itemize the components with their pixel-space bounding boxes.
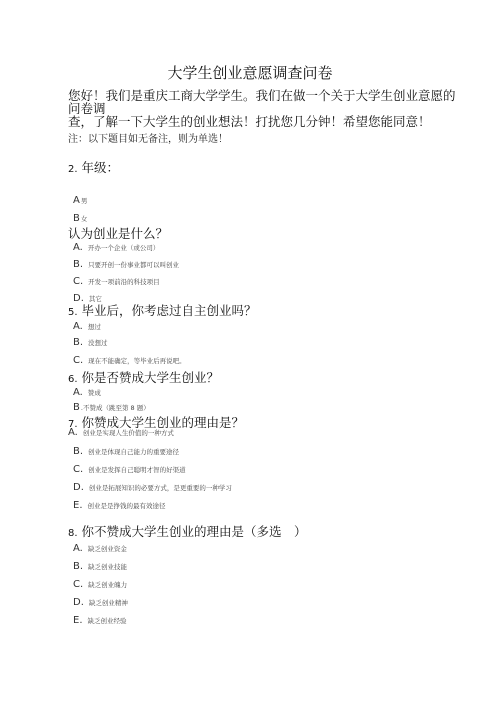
option-a[interactable]: A.缺乏创业资金: [73, 543, 127, 554]
option-a[interactable]: A.创业是实现人生价值的一种方式: [68, 427, 174, 438]
option-b[interactable]: B.只要开创一份事业都可以叫创业: [73, 259, 179, 270]
option-letter: A.: [73, 387, 83, 398]
option-letter: C.: [73, 579, 83, 590]
option-text: 创业是体现自己能力的重要途径: [88, 448, 179, 456]
option-letter: B.: [73, 561, 83, 572]
question-5: 5.毕业后，你考虑过自主创业吗？: [68, 301, 257, 319]
option-male[interactable]: A男: [73, 195, 87, 206]
option-c[interactable]: C.缺乏创业魄力: [73, 579, 127, 590]
option-female[interactable]: B女: [73, 213, 87, 224]
option-b[interactable]: B.缺乏创业技能: [73, 561, 127, 572]
option-letter: A.: [73, 543, 83, 554]
option-letter: D.: [73, 597, 84, 608]
option-letter: A.: [68, 427, 78, 438]
question-8: 8.你不赞成大学生创业的理由是（多选 ）: [68, 522, 307, 540]
note-text: 注：以下题目如无备注，则为单选！: [68, 130, 228, 145]
option-d[interactable]: D.缺乏创业精神: [73, 597, 128, 608]
intro-line-1: 您好！我们是重庆工商大学学生。我们在做一个关于大学生创业意愿的: [68, 89, 456, 103]
option-text: 想过: [88, 323, 101, 331]
option-letter: D.: [73, 482, 84, 493]
option-text: .不赞成（跳至第 8 题）: [81, 404, 150, 412]
option-letter: A.: [73, 242, 83, 253]
option-text: 开办一个企业（或公司）: [88, 244, 160, 252]
question-6: 6.你是否赞成大学生创业？: [68, 368, 219, 386]
option-text: 缺乏创业经验: [88, 617, 127, 625]
option-letter: C.: [73, 355, 83, 366]
option-text: 创业是是挣钱的最有效途径: [88, 502, 166, 510]
option-letter: B: [73, 213, 80, 224]
option-e[interactable]: E.缺乏创业经验: [73, 615, 127, 626]
option-c[interactable]: C.创业是发挥自己聪明才智的好渠道: [73, 464, 186, 475]
option-letter: E.: [73, 615, 83, 626]
option-c[interactable]: C.开发一项前沿的科技项目: [73, 276, 160, 287]
option-b[interactable]: B.创业是体现自己能力的重要途径: [73, 446, 179, 457]
option-a[interactable]: A.开办一个企业（或公司）: [73, 242, 159, 253]
intro-line-3b: 查，了解一下大学生的创业想法！打扰您几分钟！希望您能同意！: [68, 115, 431, 129]
document-title: 大学生创业意愿调查问卷: [0, 62, 500, 83]
option-text: 创业是实现人生价值的一种方式: [83, 429, 174, 437]
question-number: 5.: [68, 307, 78, 318]
option-text: 没想过: [88, 339, 108, 347]
question-text: 你不赞成大学生创业的理由是（多选 ）: [82, 524, 307, 539]
option-text: 男: [81, 197, 88, 205]
option-text: 创业是发挥自己聪明才智的好渠道: [88, 466, 186, 474]
option-letter: E.: [73, 500, 83, 511]
question-2: 2.年级：: [68, 158, 119, 176]
option-text: 开发一项前沿的科技项目: [88, 278, 160, 286]
option-b[interactable]: B.没想过: [73, 337, 108, 348]
question-number: 8.: [68, 528, 78, 539]
question-text: 年级：: [82, 160, 120, 175]
option-text: 缺乏创业精神: [89, 599, 128, 607]
option-letter: B: [73, 402, 80, 413]
option-letter: B.: [73, 337, 83, 348]
question-number: 6.: [68, 374, 78, 385]
option-letter: B.: [73, 446, 83, 457]
option-letter: B.: [73, 259, 83, 270]
option-text: 缺乏创业魄力: [88, 581, 127, 589]
option-text: 现在不能确定，等毕业后再说吧。: [88, 357, 186, 365]
option-letter: A: [73, 195, 80, 206]
option-text: 女: [81, 215, 88, 223]
option-a[interactable]: A.想过: [73, 321, 101, 332]
question-number: 2.: [68, 164, 78, 175]
option-text: 缺乏创业资金: [88, 545, 127, 553]
option-e[interactable]: E.创业是是挣钱的最有效途径: [73, 500, 166, 511]
option-b[interactable]: B.不赞成（跳至第 8 题）: [73, 402, 150, 413]
question-what-is-entrepreneurship: 认为创业是什么？: [68, 224, 168, 242]
option-d[interactable]: D.创业是拓展知识的必要方式，是更重要的一种学习: [73, 482, 232, 493]
question-text: 毕业后，你考虑过自主创业吗？: [82, 303, 257, 318]
option-letter: A.: [73, 321, 83, 332]
option-a[interactable]: A.赞成: [73, 387, 101, 398]
option-letter: C.: [73, 464, 83, 475]
option-c[interactable]: C.现在不能确定，等毕业后再说吧。: [73, 355, 186, 366]
option-text: 缺乏创业技能: [88, 563, 127, 571]
question-text: 你是否赞成大学生创业？: [82, 370, 220, 385]
option-letter: C.: [73, 276, 83, 287]
option-text: 创业是拓展知识的必要方式，是更重要的一种学习: [89, 484, 232, 492]
option-text: 赞成: [88, 389, 101, 397]
question-text: 认为创业是什么？: [68, 226, 168, 241]
option-text: 只要开创一份事业都可以叫创业: [88, 261, 179, 269]
